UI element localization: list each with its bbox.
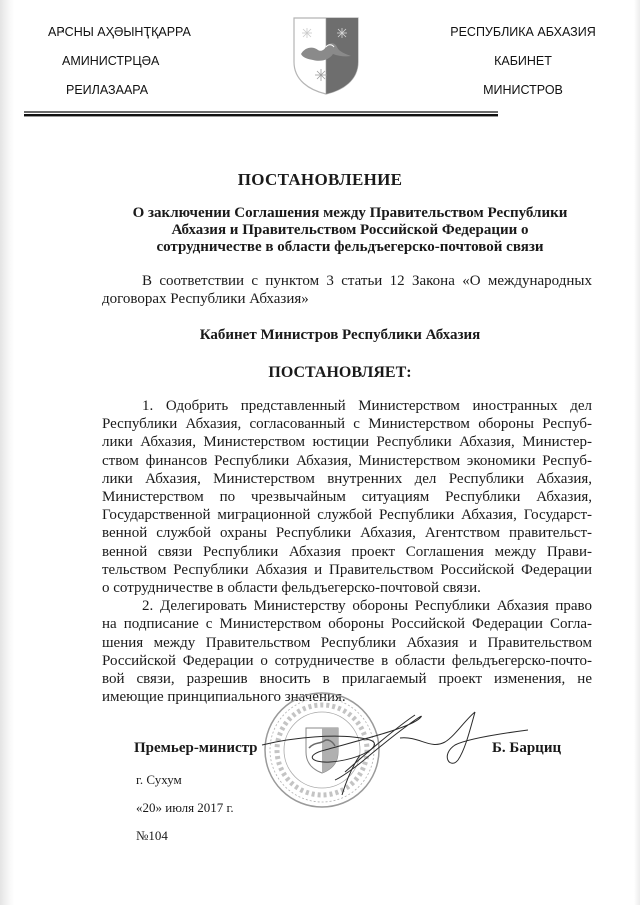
handwritten-signature	[250, 700, 530, 810]
resolution-body: 1. Одобрить представленный Министерством…	[102, 397, 592, 706]
item-line: венной службой охраны Республики Абхазия…	[102, 524, 592, 542]
item-line: ством финансов Республики Абхазия, Минис…	[102, 452, 592, 470]
letterhead-right-line: РЕСПУБЛИКА АБХАЗИЯ	[438, 22, 608, 42]
scan-page-edge-left	[0, 0, 14, 905]
item-line: на подписание с Министерством обороны Ро…	[102, 615, 592, 633]
item-line: вой связи, разрешив вносить в прилагаемы…	[102, 670, 592, 688]
letterhead-divider	[24, 111, 498, 117]
preamble-text: В соответствии с пунктом 3 статьи 12 Зак…	[102, 273, 592, 307]
letterhead-left-line: АҎСНЫ АҲӘЫНҬҚАРРА	[30, 22, 190, 42]
signatory-title: Премьер-министр	[134, 740, 258, 757]
letterhead-left-line: РЕИЛАЗААРА	[30, 80, 190, 100]
document-place: г. Сухум	[136, 772, 182, 788]
resolution-item-1: 1. Одобрить представленный Министерством…	[102, 397, 592, 597]
decree-heading: ПОСТАНОВЛЯЕТ:	[0, 364, 640, 382]
item-line: Республики Абхазия, согласованный с Мини…	[102, 415, 592, 433]
subject-line: сотрудничестве в области фельдъегерско-п…	[110, 239, 590, 256]
subject-line: Абхазия и Правительством Российской Феде…	[110, 222, 590, 239]
subject-line: О заключении Соглашения между Правительс…	[110, 205, 590, 222]
item-line: Государственной миграционной службой Рес…	[102, 506, 592, 524]
item-line: Министерством по чрезвычайным ситуациям …	[102, 488, 592, 506]
item-line: о сотрудничестве в области фельдъегерско…	[102, 579, 592, 597]
letterhead-right-line: МИНИСТРОВ	[438, 80, 608, 100]
scan-page-edge-right	[634, 0, 640, 905]
document-date: «20» июля 2017 г.	[136, 800, 234, 816]
document-subject: О заключении Соглашения между Правительс…	[110, 205, 590, 256]
letterhead-left-line: АМИНИСТРЦӘА	[30, 51, 190, 71]
item-line: лики Абхазия, Министерством внутренних д…	[102, 470, 592, 488]
item-line: венной связи Республики Абхазия проект С…	[102, 543, 592, 561]
document-number: №104	[136, 828, 168, 844]
issuing-body: Кабинет Министров Республики Абхазия	[0, 327, 640, 344]
letterhead-russian: РЕСПУБЛИКА АБХАЗИЯ КАБИНЕТ МИНИСТРОВ	[438, 22, 608, 109]
signatory-name: Б. Барциц	[492, 740, 561, 757]
item-line: тельством Республики Абхазия и Правитель…	[102, 561, 592, 579]
coat-of-arms-icon	[291, 14, 361, 96]
document-title: ПОСТАНОВЛЕНИЕ	[0, 170, 640, 190]
preamble-paragraph: В соответствии с пунктом 3 статьи 12 Зак…	[102, 272, 592, 308]
letterhead-abkhaz: АҎСНЫ АҲӘЫНҬҚАРРА АМИНИСТРЦӘА РЕИЛАЗААРА	[30, 22, 190, 109]
item-line: Российской Федерации о сотрудничестве в …	[102, 652, 592, 670]
item-line: 1. Одобрить представленный Министерством…	[102, 397, 592, 415]
item-line: шения между Правительством Республики Аб…	[102, 634, 592, 652]
item-line: лики Абхазия, Министерством юстиции Респ…	[102, 433, 592, 451]
letterhead-right-line: КАБИНЕТ	[438, 51, 608, 71]
item-line: 2. Делегировать Министерству обороны Рес…	[102, 597, 592, 615]
